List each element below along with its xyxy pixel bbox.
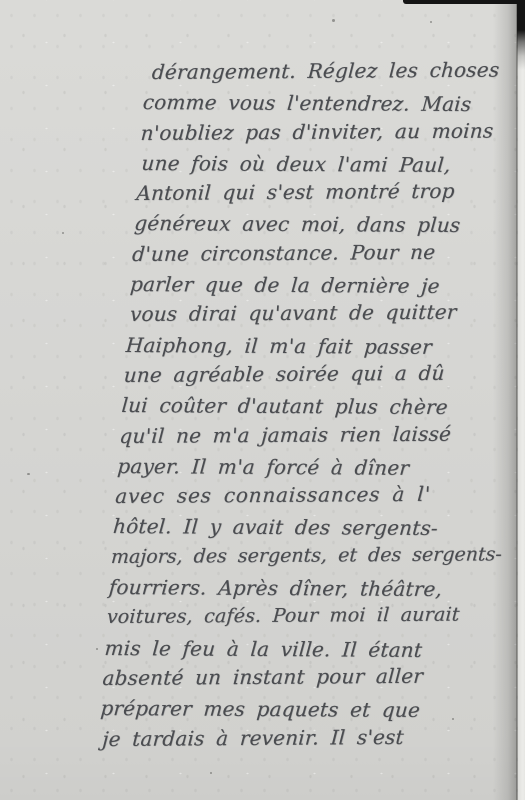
scanner-edge-bar-top bbox=[403, 0, 525, 4]
handwritten-line: je tardais à revenir. Il s'est bbox=[101, 721, 479, 754]
handwritten-line: n'oubliez pas d'inviter, au moins bbox=[140, 115, 522, 148]
scanned-letter-page: dérangement. Réglez les choses comme vou… bbox=[0, 0, 525, 800]
handwritten-line: vous dirai qu'avant de quitter bbox=[129, 297, 509, 330]
handwriting-block: dérangement. Réglez les choses comme vou… bbox=[97, 57, 525, 754]
handwritten-line: dérangement. Réglez les choses bbox=[151, 54, 525, 87]
handwritten-line: qu'il ne m'a jamais rien laissé bbox=[119, 418, 501, 451]
dust-speck bbox=[96, 648, 98, 650]
handwritten-line: Antonil qui s'est montré trop bbox=[136, 176, 518, 209]
handwritten-line: voitures, cafés. Pour moi il aurait bbox=[106, 600, 488, 633]
dust-speck bbox=[332, 19, 335, 22]
dust-speck bbox=[62, 232, 64, 234]
dust-speck bbox=[430, 21, 432, 23]
handwritten-line: majors, des sergents, et des sergents- bbox=[110, 539, 492, 572]
dust-speck bbox=[27, 473, 30, 475]
dust-speck bbox=[210, 772, 212, 774]
handwritten-line: une agréable soirée qui a dû bbox=[123, 357, 505, 390]
handwritten-line: avec ses connaissances à l' bbox=[114, 479, 496, 512]
handwritten-line: absenté un instant pour aller bbox=[102, 660, 484, 693]
scanner-edge-bar-corner bbox=[517, 0, 525, 70]
handwritten-line: d'une circonstance. Pour ne bbox=[131, 236, 513, 269]
